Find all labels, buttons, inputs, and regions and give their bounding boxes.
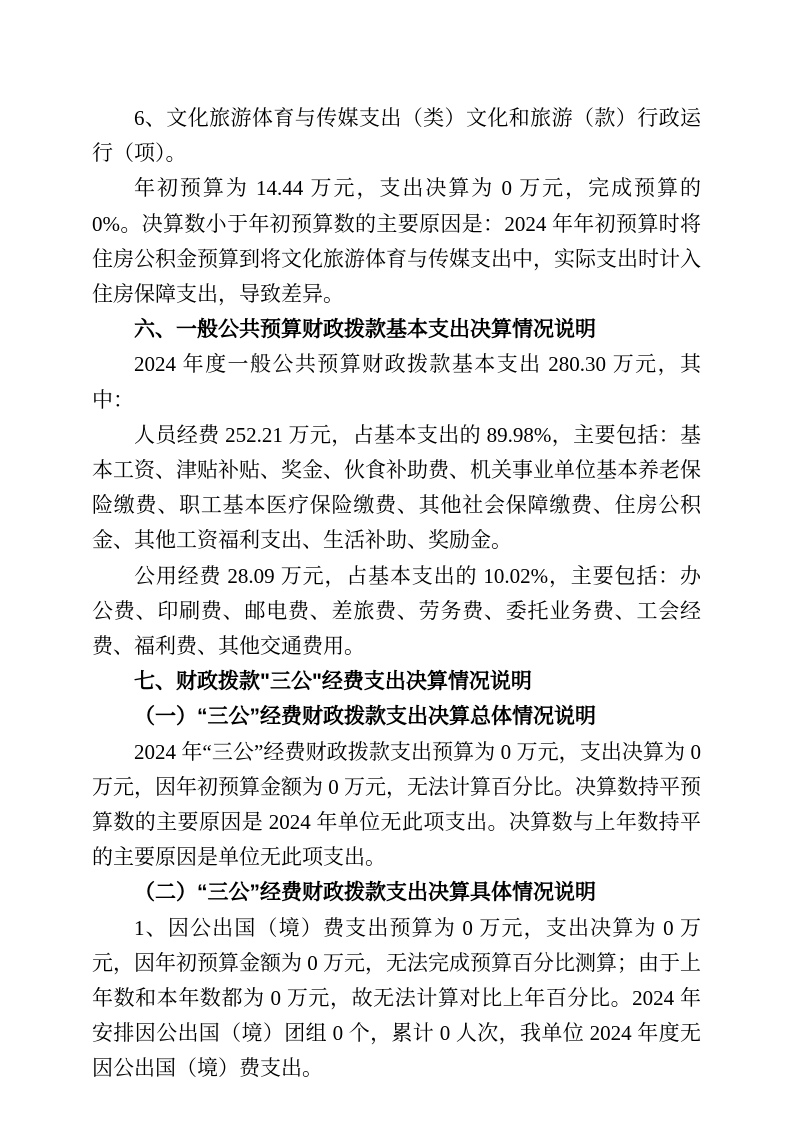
paragraph-item6-budget-vs-final-explanation: 年初预算为 14.44 万元，支出决算为 0 万元，完成预算的 0%。决算数小于… — [92, 171, 701, 312]
heading-section6-basic-expenditure-statement: 六、一般公共预算财政拨款基本支出决算情况说明 — [92, 312, 701, 347]
paragraph-public-funds-breakdown: 公用经费 28.09 万元，占基本支出的 10.02%，主要包括：办公费、印刷费… — [92, 559, 701, 665]
heading-sub2-three-public-detail-statement: （二）“三公”经费财政拨款支出决算具体情况说明 — [92, 875, 701, 910]
paragraph-item6-culture-tourism-expenditure: 6、文化旅游体育与传媒支出（类）文化和旅游（款）行政运行（项）。 — [92, 101, 701, 171]
heading-section7-three-public-funds-statement: 七、财政拨款"三公"经费支出决算情况说明 — [92, 664, 701, 699]
paragraph-basic-expenditure-total: 2024 年度一般公共预算财政拨款基本支出 280.30 万元，其中： — [92, 347, 701, 417]
paragraph-overseas-travel-expense-explanation: 1、因公出国（境）费支出预算为 0 万元，支出决算为 0 万元，因年初预算金额为… — [92, 911, 701, 1087]
document-page: 6、文化旅游体育与传媒支出（类）文化和旅游（款）行政运行（项）。 年初预算为 1… — [0, 0, 793, 1122]
paragraph-three-public-overall-explanation: 2024 年“三公”经费财政拨款支出预算为 0 万元，支出决算为 0 万元，因年… — [92, 735, 701, 876]
document-content: 6、文化旅游体育与传媒支出（类）文化和旅游（款）行政运行（项）。 年初预算为 1… — [92, 101, 701, 1087]
paragraph-personnel-funds-breakdown: 人员经费 252.21 万元，占基本支出的 89.98%，主要包括：基本工资、津… — [92, 418, 701, 559]
heading-sub1-three-public-overall-statement: （一）“三公”经费财政拨款支出决算总体情况说明 — [92, 699, 701, 734]
